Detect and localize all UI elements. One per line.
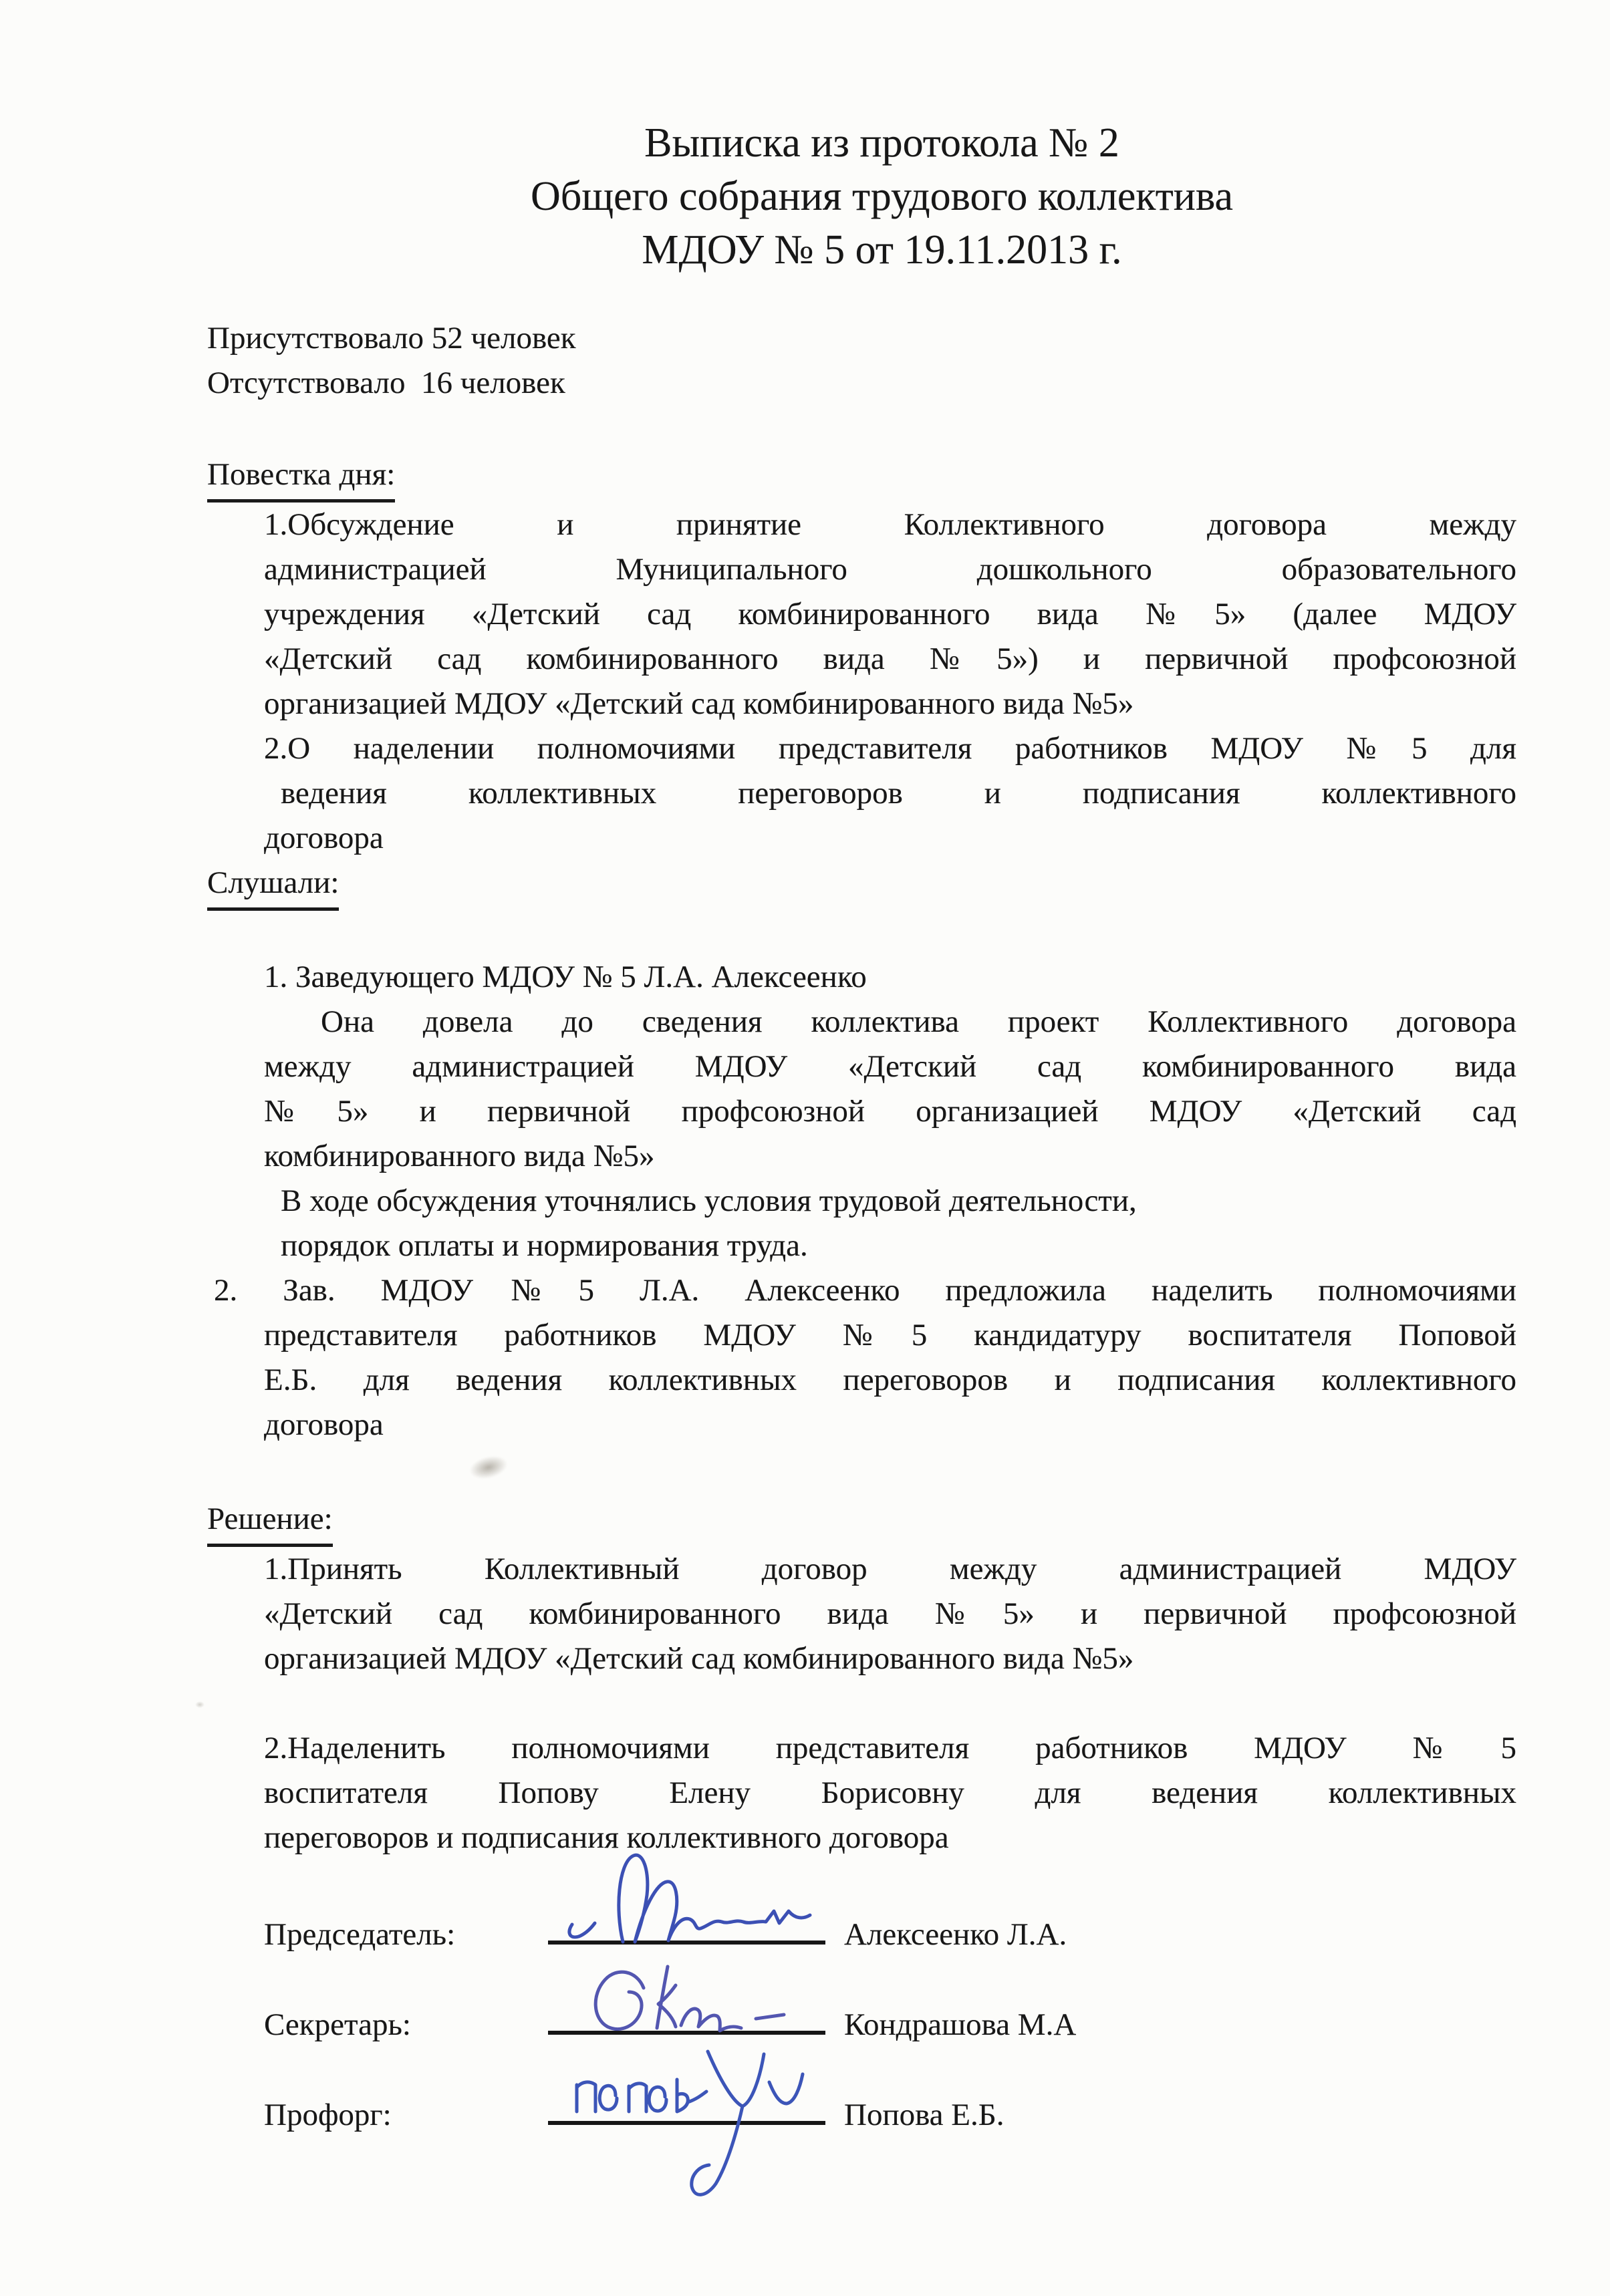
union-organizer-role-label: Профорг:: [264, 2093, 548, 2138]
decision-item-1-line: 1.Принять Коллективный договор между адм…: [264, 1547, 1516, 1592]
agenda-item-2-line: ведения коллективных переговоров и подпи…: [281, 771, 1516, 816]
secretary-signature-line: [548, 2024, 825, 2035]
signature-block: Председатель: Алексеенко Л.А. Секретарь:…: [207, 1912, 1516, 2138]
agenda-item-1-line: учреждения «Детский сад комбинированного…: [264, 592, 1516, 637]
document-title: Выписка из протокола № 2 Общего собрания…: [207, 116, 1516, 277]
agenda-item-2-line: 2.О наделении полномочиями представителя…: [264, 726, 1516, 771]
heard-heading-text: Слушали:: [207, 861, 339, 911]
secretary-name: Кондрашова М.А: [844, 2007, 1076, 2042]
title-line-1: Выписка из протокола № 2: [247, 116, 1516, 170]
signature-row-chairman: Председатель: Алексеенко Л.А.: [264, 1912, 1516, 1957]
heard-item-2: 2. Зав. МДОУ№5 Л.А. Алексеенко предложил…: [207, 1268, 1516, 1447]
heard-heading: Слушали:: [207, 861, 1516, 911]
union-organizer-signature-ink: [565, 2041, 845, 2208]
decision-item-2: 2.Наделенить полномочиями представителя …: [207, 1726, 1516, 1860]
heard-item-2-line: представителя работников МДОУ №5 кандида…: [264, 1313, 1516, 1358]
heard-item-1-title: 1. Заведующего МДОУ № 5 Л.А. Алексеенко: [264, 955, 1516, 1000]
agenda-heading: Повестка дня:: [207, 452, 1516, 503]
decision-item-1-line: «Детский сад комбинированного вида №5» и…: [264, 1592, 1516, 1636]
agenda-item-1-line: «Детский сад комбинированного вида №5») …: [264, 637, 1516, 682]
agenda-item-2-line: договора: [264, 816, 1516, 861]
union-organizer-signature-line: [548, 2114, 825, 2125]
heard-item-1-line: №5» и первичной профсоюзной организацией…: [264, 1089, 1516, 1134]
signature-row-union-organizer: Профорг: Попова Е.Б.: [264, 2093, 1516, 2138]
scan-speck: [195, 1701, 205, 1708]
chairman-name: Алексеенко Л.А.: [844, 1917, 1067, 1952]
heard-item-2-line: договора: [264, 1403, 1516, 1447]
agenda-item-1-line: 1.Обсуждение и принятие Коллективного до…: [264, 503, 1516, 547]
chairman-signature-ink: [561, 1844, 815, 1951]
agenda-item-1-line: администрацией Муниципального дошкольног…: [264, 547, 1516, 592]
signature-row-secretary: Секретарь: Кондрашова М.А: [264, 2003, 1516, 2047]
union-organizer-name: Попова Е.Б.: [844, 2098, 1004, 2132]
decision-item-2-line: переговоров и подписания коллективного д…: [264, 1816, 1516, 1860]
chairman-signature-line: [548, 1934, 825, 1945]
secretary-signature-ink: [578, 1947, 799, 2047]
heard-item-1-line: Она довела до сведения коллектива проект…: [264, 1000, 1516, 1044]
heard-item-1-line: порядок оплаты и нормирования труда.: [281, 1224, 1516, 1268]
agenda-item-2: 2.О наделении полномочиями представителя…: [207, 726, 1516, 861]
chairman-role-label: Председатель:: [264, 1912, 548, 1957]
heard-item-1-line: между администрацией МДОУ «Детский сад к…: [264, 1044, 1516, 1089]
heard-item-1: 1. Заведующего МДОУ № 5 Л.А. Алексеенко …: [207, 955, 1516, 1268]
decision-heading: Решение:: [207, 1497, 1516, 1547]
decision-item-1-line: организацией МДОУ «Детский сад комбиниро…: [264, 1636, 1516, 1681]
attendance-absent: Отсутствовало 16 человек: [207, 361, 1516, 406]
agenda-heading-text: Повестка дня:: [207, 452, 395, 503]
title-line-2: Общего собрания трудового коллектива: [247, 170, 1516, 223]
heard-item-1-line: В ходе обсуждения уточнялись условия тру…: [281, 1179, 1516, 1224]
agenda-item-1-line: организацией МДОУ «Детский сад комбиниро…: [264, 682, 1516, 726]
decision-item-1: 1.Принять Коллективный договор между адм…: [207, 1547, 1516, 1681]
decision-item-2-line: 2.Наделенить полномочиями представителя …: [264, 1726, 1516, 1771]
title-line-3: МДОУ № 5 от 19.11.2013 г.: [247, 223, 1516, 277]
heard-item-1-line: комбинированного вида №5»: [264, 1134, 1516, 1179]
heard-item-2-line: Е.Б. для ведения коллективных переговоро…: [264, 1358, 1516, 1403]
agenda-item-1: 1.Обсуждение и принятие Коллективного до…: [207, 503, 1516, 726]
secretary-role-label: Секретарь:: [264, 2003, 548, 2047]
attendance-present: Присутствовало 52 человек: [207, 316, 1516, 361]
scanned-document-page: Выписка из протокола № 2 Общего собрания…: [0, 0, 1610, 2296]
decision-item-2-line: воспитателя Попову Елену Борисовну для в…: [264, 1771, 1516, 1816]
decision-heading-text: Решение:: [207, 1497, 333, 1547]
heard-item-2-line: 2. Зав. МДОУ№5 Л.А. Алексеенко предложил…: [214, 1268, 1516, 1313]
